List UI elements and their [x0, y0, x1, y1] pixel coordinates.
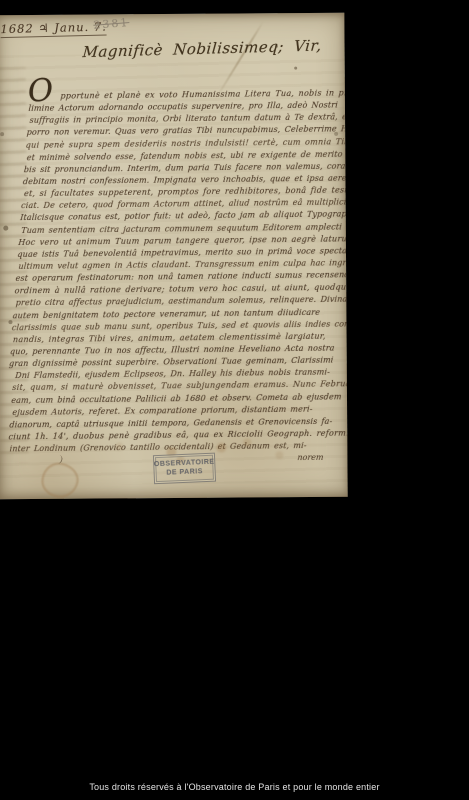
rights-caption: Tous droits réservés à l'Observatoire de… [0, 782, 469, 792]
catchword: norem [297, 453, 324, 462]
date-annotation: 1682 ♃ Janu. 7. [0, 20, 107, 39]
registry-number: 2381 [93, 16, 130, 32]
letter-page: 1682 ♃ Janu. 7. 2381 Magnificè Nobilissi… [0, 13, 348, 499]
observatory-stamp: OBSERVATOIRE DE PARIS [153, 453, 216, 485]
scanned-photo: 1682 ♃ Janu. 7. 2381 Magnificè Nobilissi… [0, 0, 469, 800]
stamp-line-2: DE PARIS [166, 468, 203, 478]
ink-dots: ·· [271, 43, 279, 53]
letter-body: pportunè et planè ex voto Humanissima Li… [2, 87, 346, 455]
